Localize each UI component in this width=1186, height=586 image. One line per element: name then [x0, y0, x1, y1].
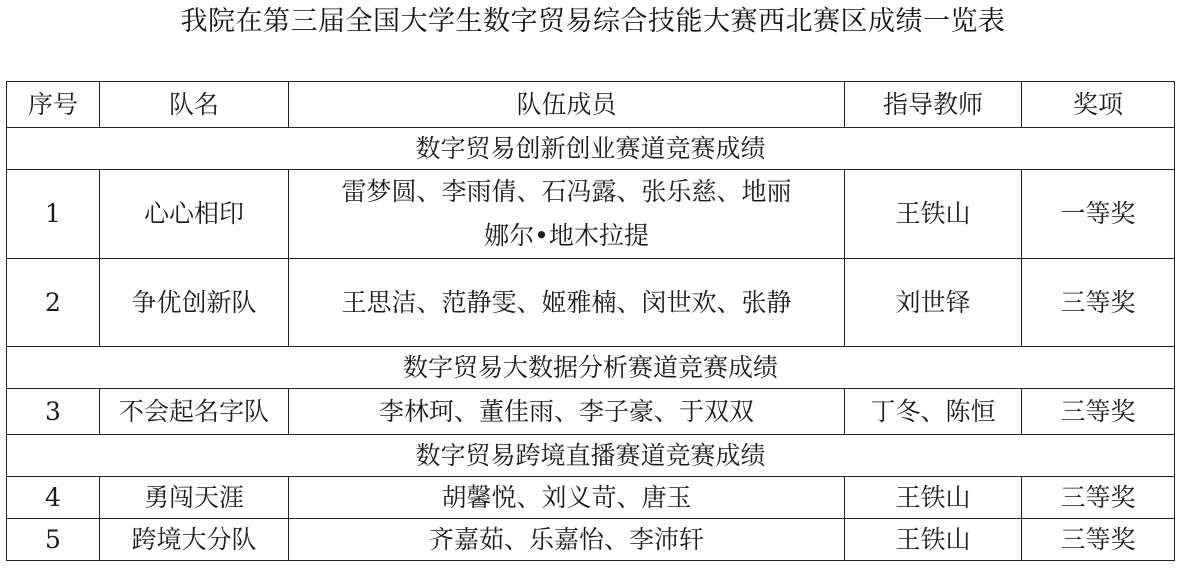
row-no: 3 — [7, 389, 100, 435]
row-members-cell: 王思洁、范静雯、姬雅楠、闵世欢、张静 — [289, 259, 845, 347]
row-no: 1 — [7, 170, 100, 259]
row-award: 三等奖 — [1022, 389, 1175, 435]
results-table: 序号 队名 队伍成员 指导教师 奖项 数字贸易创新创业赛道竞赛成绩 1 心心相印… — [6, 81, 1175, 561]
row-team: 勇闯天涯 — [100, 477, 289, 519]
row-award: 三等奖 — [1022, 259, 1175, 347]
table-row: 2 争优创新队 王思洁、范静雯、姬雅楠、闵世欢、张静 刘世铎 三等奖 — [7, 259, 1175, 347]
header-team: 队名 — [100, 82, 289, 128]
row-teacher: 王铁山 — [845, 170, 1022, 259]
section-row: 数字贸易大数据分析赛道竞赛成绩 — [7, 347, 1175, 389]
table-row: 1 心心相印 雷梦圆、李雨倩、石冯露、张乐慈、地丽娜尔•地木拉提 王铁山 一等奖 — [7, 170, 1175, 259]
row-teacher: 王铁山 — [845, 519, 1022, 561]
row-members: 胡馨悦、刘义苛、唐玉 — [289, 477, 845, 519]
header-members: 队伍成员 — [289, 82, 845, 128]
section-row: 数字贸易跨境直播赛道竞赛成绩 — [7, 435, 1175, 477]
row-team: 心心相印 — [100, 170, 289, 259]
row-team: 跨境大分队 — [100, 519, 289, 561]
row-members: 齐嘉茹、乐嘉怡、李沛轩 — [289, 519, 845, 561]
row-no: 4 — [7, 477, 100, 519]
header-no: 序号 — [7, 82, 100, 128]
row-members-cell: 雷梦圆、李雨倩、石冯露、张乐慈、地丽娜尔•地木拉提 — [289, 170, 845, 259]
row-no: 2 — [7, 259, 100, 347]
row-team: 争优创新队 — [100, 259, 289, 347]
section-label: 数字贸易跨境直播赛道竞赛成绩 — [7, 435, 1175, 477]
row-teacher: 丁冬、陈恒 — [845, 389, 1022, 435]
table-row: 4 勇闯天涯 胡馨悦、刘义苛、唐玉 王铁山 三等奖 — [7, 477, 1175, 519]
row-members: 李林珂、董佳雨、李子豪、于双双 — [289, 389, 845, 435]
header-teacher: 指导教师 — [845, 82, 1022, 128]
section-label: 数字贸易创新创业赛道竞赛成绩 — [7, 128, 1175, 170]
row-award: 三等奖 — [1022, 477, 1175, 519]
header-award: 奖项 — [1022, 82, 1175, 128]
section-label: 数字贸易大数据分析赛道竞赛成绩 — [7, 347, 1175, 389]
document-title: 我院在第三届全国大学生数字贸易综合技能大赛西北赛区成绩一览表 — [0, 2, 1186, 42]
row-team: 不会起名字队 — [100, 389, 289, 435]
row-award: 三等奖 — [1022, 519, 1175, 561]
row-members: 雷梦圆、李雨倩、石冯露、张乐慈、地丽娜尔•地木拉提 — [332, 170, 802, 258]
section-row: 数字贸易创新创业赛道竞赛成绩 — [7, 128, 1175, 170]
row-members: 王思洁、范静雯、姬雅楠、闵世欢、张静 — [341, 281, 791, 325]
row-teacher: 王铁山 — [845, 477, 1022, 519]
row-no: 5 — [7, 519, 100, 561]
table-row: 3 不会起名字队 李林珂、董佳雨、李子豪、于双双 丁冬、陈恒 三等奖 — [7, 389, 1175, 435]
row-award: 一等奖 — [1022, 170, 1175, 259]
table-row: 5 跨境大分队 齐嘉茹、乐嘉怡、李沛轩 王铁山 三等奖 — [7, 519, 1175, 561]
header-row: 序号 队名 队伍成员 指导教师 奖项 — [7, 82, 1175, 128]
row-teacher: 刘世铎 — [845, 259, 1022, 347]
